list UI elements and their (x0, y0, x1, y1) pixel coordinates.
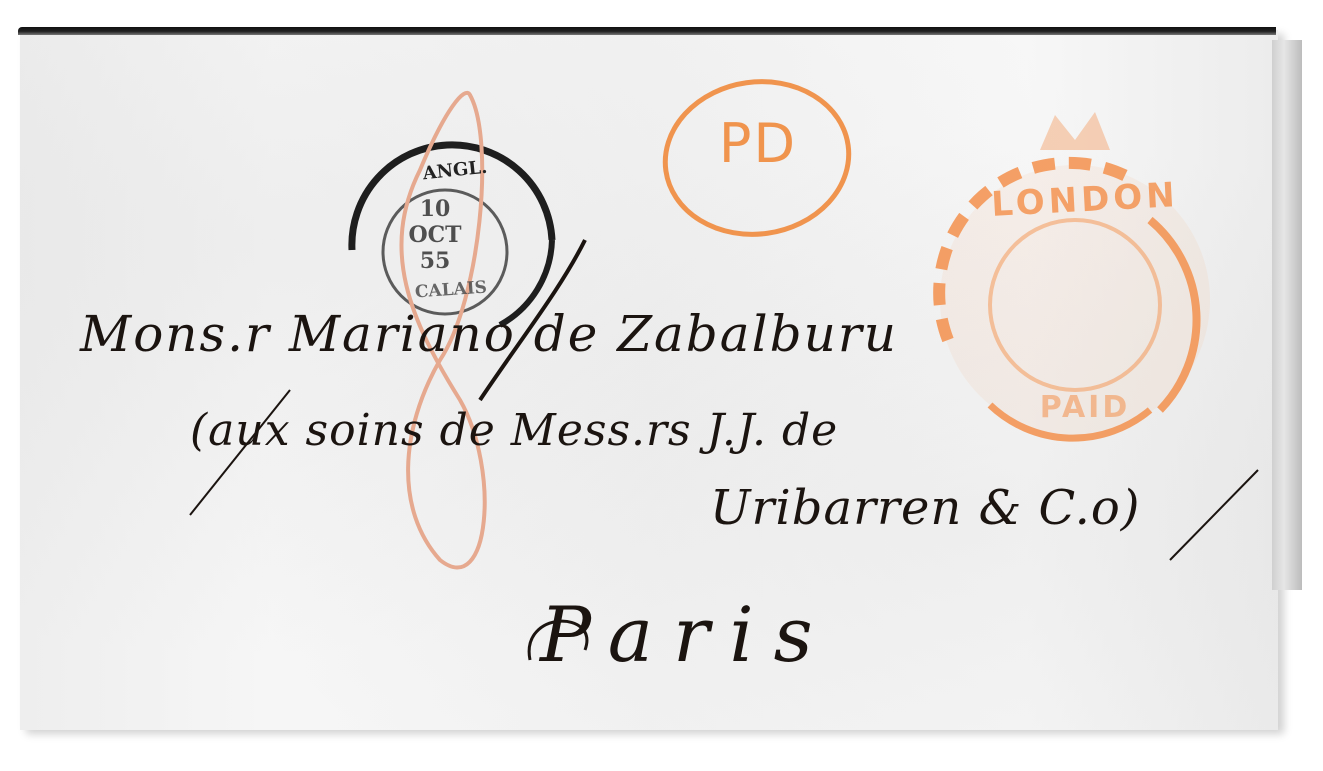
address-line-care-of: (aux soins de Mess.rs J.J. de (190, 405, 838, 456)
postmark-date: 10OCT55 (395, 196, 475, 274)
postmark-day: 10 (420, 196, 451, 222)
address-line-city: Paris (540, 590, 833, 679)
pd-oval-text: PD (668, 112, 848, 175)
postmark-year: 55 (420, 248, 451, 274)
address-line-recipient: Mons.r Mariano de Zabalburu (80, 305, 898, 363)
paid-postmark-text: PAID (1010, 390, 1160, 425)
postmark-month: OCT (408, 222, 461, 248)
address-line-firm: Uribarren & C.o) (710, 480, 1140, 536)
